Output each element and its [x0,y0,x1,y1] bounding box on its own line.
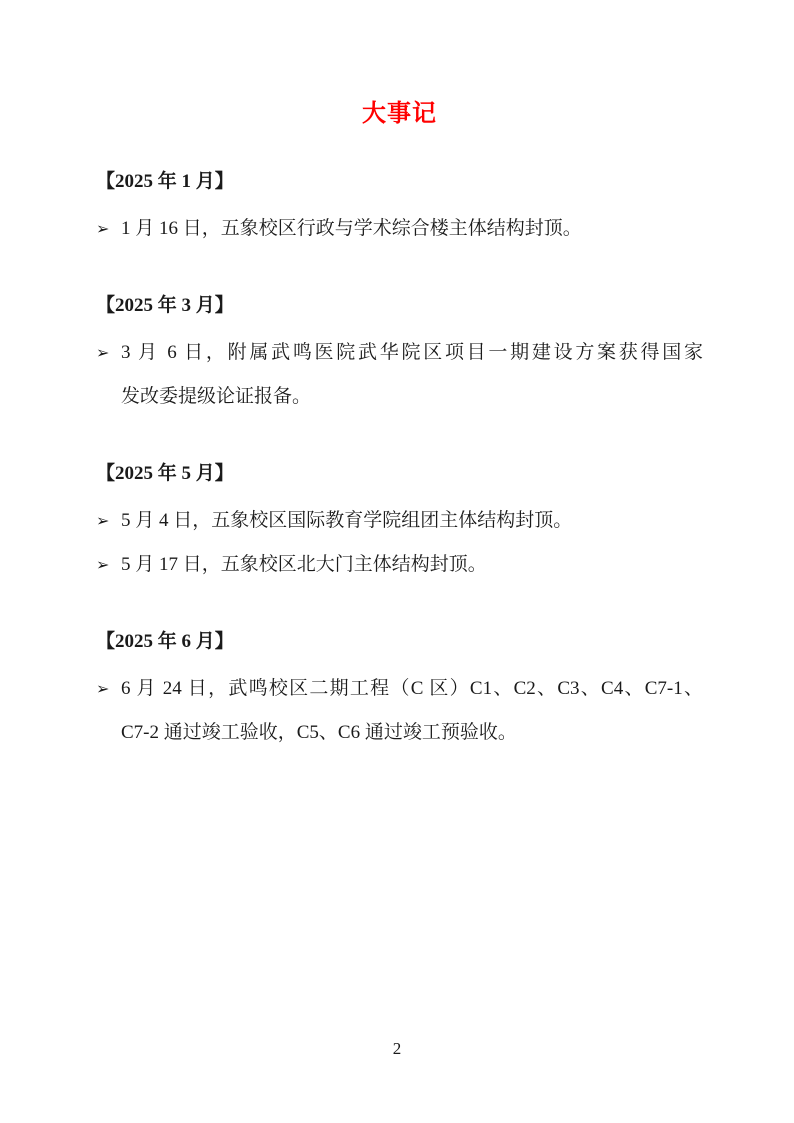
section-heading: 【2025 年 6 月】 [96,629,703,655]
event-line: 发改委提级论证报备。 [121,375,703,419]
event-item: ➢ 5 月 4 日，五象校区国际教育学院组团主体结构封顶。 [96,499,703,543]
event-item: ➢ 6 月 24 日，武鸣校区二期工程（C 区）C1、C2、C3、C4、C7-1… [96,667,703,755]
event-line: 3 月 6 日，附属武鸣医院武华院区项目一期建设方案获得国家 [121,331,703,375]
bullet-arrow-icon: ➢ [96,207,121,251]
event-text: 3 月 6 日，附属武鸣医院武华院区项目一期建设方案获得国家 发改委提级论证报备… [121,331,703,419]
event-line: 1 月 16 日，五象校区行政与学术综合楼主体结构封顶。 [121,207,703,251]
bullet-arrow-icon: ➢ [96,667,121,711]
event-text: 1 月 16 日，五象校区行政与学术综合楼主体结构封顶。 [121,207,703,251]
page-number: 2 [0,1038,794,1060]
event-line: 5 月 17 日，五象校区北大门主体结构封顶。 [121,543,703,587]
page-content: 大事记 【2025 年 1 月】 ➢ 1 月 16 日，五象校区行政与学术综合楼… [0,0,794,755]
event-item: ➢ 5 月 17 日，五象校区北大门主体结构封顶。 [96,543,703,587]
section-2025-06: 【2025 年 6 月】 ➢ 6 月 24 日，武鸣校区二期工程（C 区）C1、… [96,629,703,755]
event-text: 6 月 24 日，武鸣校区二期工程（C 区）C1、C2、C3、C4、C7-1、 … [121,667,703,755]
bullet-arrow-icon: ➢ [96,543,121,587]
section-2025-03: 【2025 年 3 月】 ➢ 3 月 6 日，附属武鸣医院武华院区项目一期建设方… [96,293,703,419]
page-title: 大事记 [96,101,703,127]
section-heading: 【2025 年 3 月】 [96,293,703,319]
event-text: 5 月 17 日，五象校区北大门主体结构封顶。 [121,543,703,587]
event-line: C7-2 通过竣工验收，C5、C6 通过竣工预验收。 [121,711,703,755]
section-2025-01: 【2025 年 1 月】 ➢ 1 月 16 日，五象校区行政与学术综合楼主体结构… [96,169,703,251]
section-heading: 【2025 年 1 月】 [96,169,703,195]
bullet-arrow-icon: ➢ [96,331,121,375]
event-line: 6 月 24 日，武鸣校区二期工程（C 区）C1、C2、C3、C4、C7-1、 [121,667,703,711]
section-heading: 【2025 年 5 月】 [96,461,703,487]
event-item: ➢ 3 月 6 日，附属武鸣医院武华院区项目一期建设方案获得国家 发改委提级论证… [96,331,703,419]
document-page: 大事记 【2025 年 1 月】 ➢ 1 月 16 日，五象校区行政与学术综合楼… [0,0,794,1123]
section-2025-05: 【2025 年 5 月】 ➢ 5 月 4 日，五象校区国际教育学院组团主体结构封… [96,461,703,587]
event-item: ➢ 1 月 16 日，五象校区行政与学术综合楼主体结构封顶。 [96,207,703,251]
bullet-arrow-icon: ➢ [96,499,121,543]
event-line: 5 月 4 日，五象校区国际教育学院组团主体结构封顶。 [121,499,703,543]
event-text: 5 月 4 日，五象校区国际教育学院组团主体结构封顶。 [121,499,703,543]
